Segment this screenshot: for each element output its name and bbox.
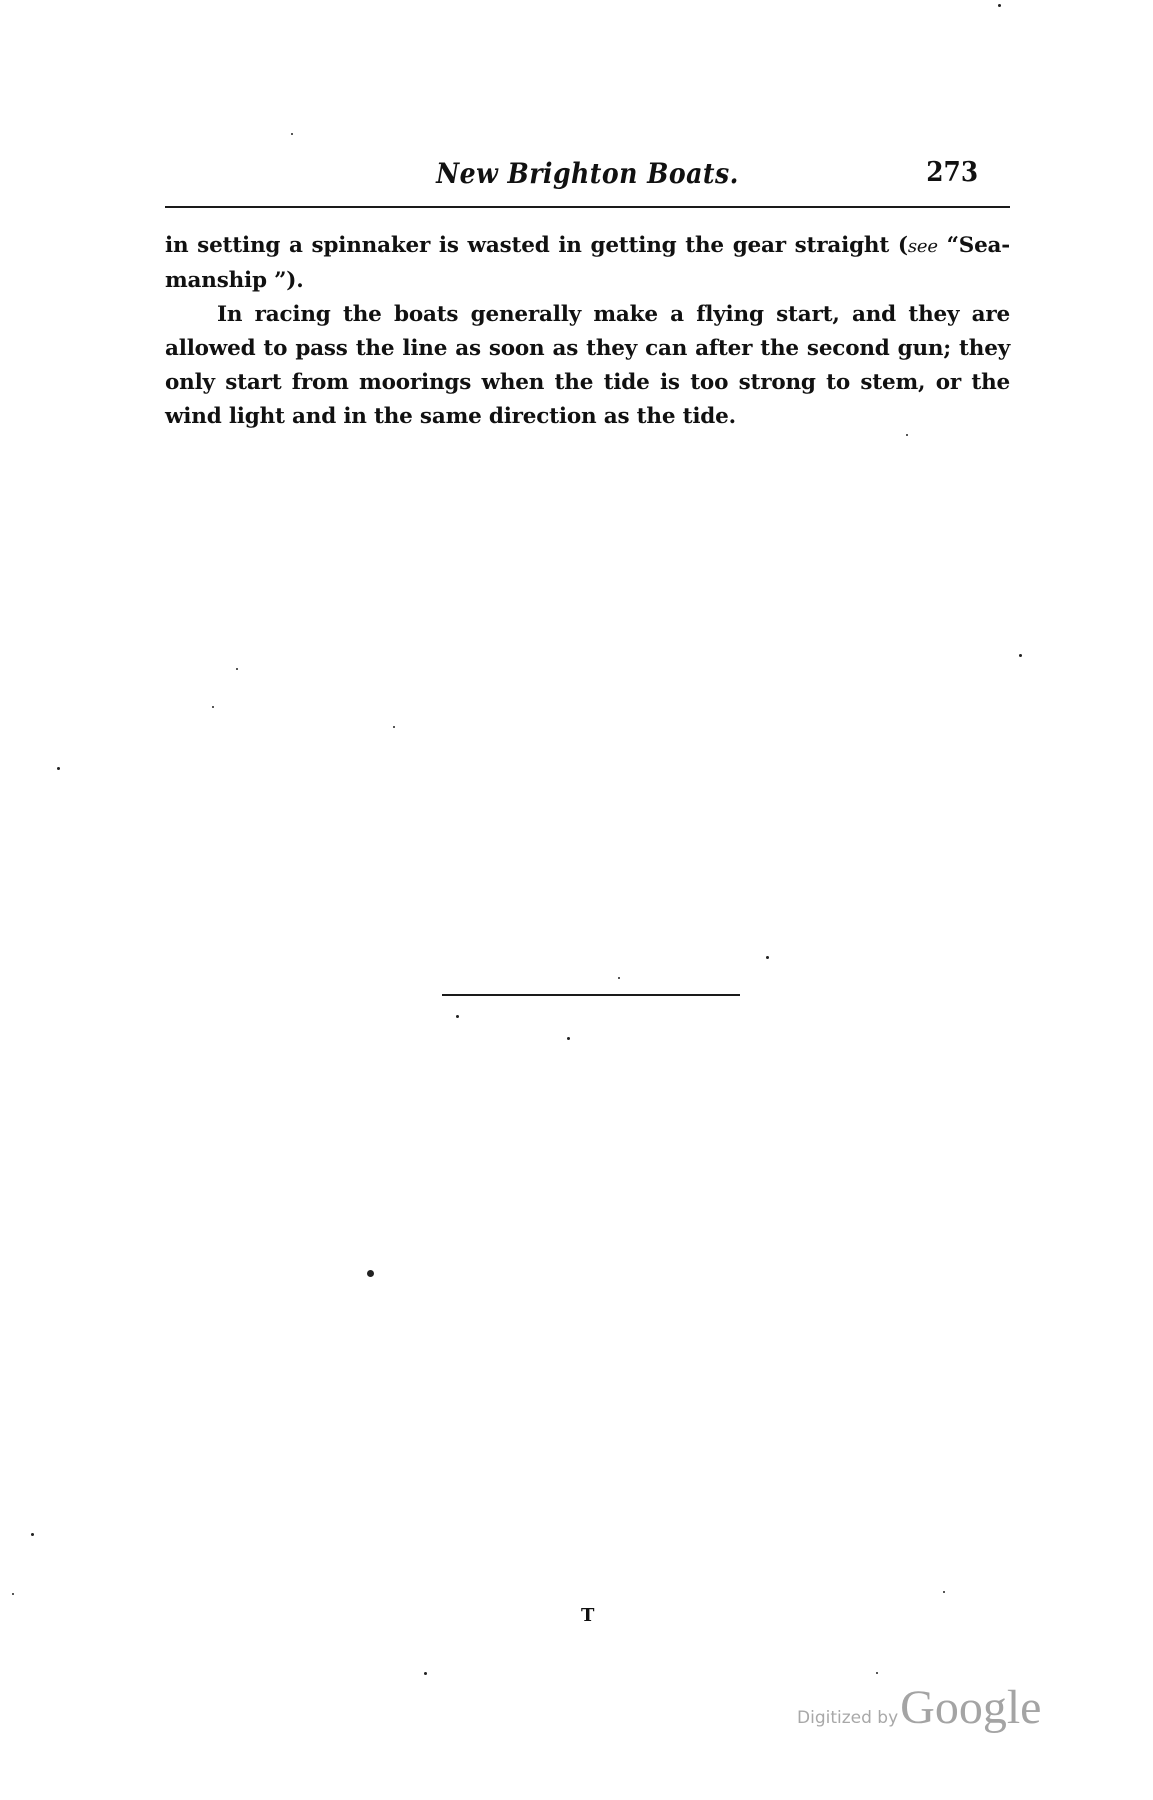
scan-speck <box>1019 654 1022 657</box>
scan-speck <box>456 1015 459 1018</box>
running-head: New Brighton Boats. 273 <box>165 155 1010 195</box>
scan-speck <box>876 1672 878 1674</box>
scan-speck <box>424 1672 427 1675</box>
scan-speck <box>906 434 908 436</box>
scan-speck <box>618 977 620 979</box>
scan-speck <box>212 706 214 708</box>
digitized-by-google-watermark: Digitized byGoogle <box>797 1680 1041 1740</box>
scan-speck <box>998 4 1001 7</box>
paragraph-continuation: in setting a spinnaker is wasted in gett… <box>165 229 1010 298</box>
google-logo-text: Google <box>900 1681 1041 1734</box>
paragraph-text-before: in setting a spinnaker is wasted in gett… <box>165 233 908 258</box>
scan-speck <box>393 726 395 728</box>
signature-mark: T <box>581 1605 594 1626</box>
scan-speck <box>567 1037 570 1040</box>
scan-speck <box>367 1270 374 1277</box>
scan-speck <box>236 668 238 670</box>
book-page: New Brighton Boats. 273 in setting a spi… <box>0 0 1153 1800</box>
header-rule <box>165 206 1010 208</box>
scan-speck <box>291 133 293 135</box>
scan-speck <box>766 956 769 959</box>
section-end-rule <box>442 994 740 996</box>
body-text: in setting a spinnaker is wasted in gett… <box>165 229 1010 434</box>
watermark-prefix: Digitized by <box>797 1708 898 1728</box>
scan-speck <box>57 767 60 770</box>
scan-speck <box>31 1533 34 1536</box>
scan-speck <box>943 1591 945 1593</box>
italic-see: see <box>908 236 938 257</box>
running-title: New Brighton Boats. <box>207 157 968 190</box>
page-number: 273 <box>926 157 978 188</box>
scan-speck <box>12 1593 14 1595</box>
paragraph-racing: In racing the boats generally make a fly… <box>165 298 1010 434</box>
